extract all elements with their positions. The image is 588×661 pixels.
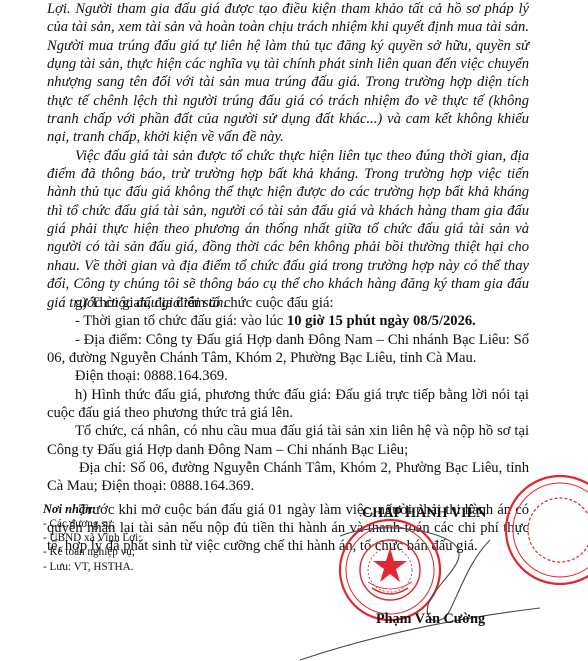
recipients-heading: Nơi nhận: [43, 502, 243, 517]
recipient-item: - Lưu: VT, HSTHA. [43, 560, 243, 574]
auction-time: - Thời gian tổ chức đấu giá: vào lúc 10 … [47, 312, 529, 330]
signer-name: Phạm Văn Cường [376, 611, 485, 628]
recipients-block: Nơi nhận: - Các đương sự; - UBND xã Vĩnh… [43, 502, 243, 574]
auction-terms-paragraph: Lợi. Người tham gia đấu giá được tạo điề… [47, 0, 529, 312]
recipient-item: - Các đương sự; [43, 517, 243, 531]
auction-location: - Địa điểm: Công ty Đấu giá Hợp danh Đôn… [47, 331, 529, 368]
section-g-heading: g) Thời gian, địa điểm tổ chức cuộc đấu … [47, 294, 529, 312]
contact-intro: Tổ chức, cá nhân, có nhu cầu mua đấu giá… [47, 422, 529, 459]
recipient-item: - Kế toán nghiệp vụ; [43, 545, 243, 559]
document-page: Lợi. Người tham gia đấu giá được tạo điề… [0, 0, 588, 661]
contact-address: Địa chỉ: Số 06, đường Nguyễn Chánh Tâm, … [47, 459, 529, 496]
signer-title: CHẤP HÀNH VIÊN [362, 505, 532, 522]
section-h-auction-method: h) Hình thức đấu giá, phương thức đấu gi… [47, 386, 529, 423]
participant-terms-text: Lợi. Người tham gia đấu giá được tạo điề… [47, 0, 529, 147]
auction-time-value: 10 giờ 15 phút ngày 08/5/2026. [287, 313, 476, 329]
recipient-item: - UBND xã Vĩnh Lợi; [43, 531, 243, 545]
auction-phone: Điện thoại: 0888.164.369. [47, 367, 529, 385]
auction-schedule-terms-text: Việc đấu giá tài sản được tổ chức thực h… [47, 147, 529, 312]
